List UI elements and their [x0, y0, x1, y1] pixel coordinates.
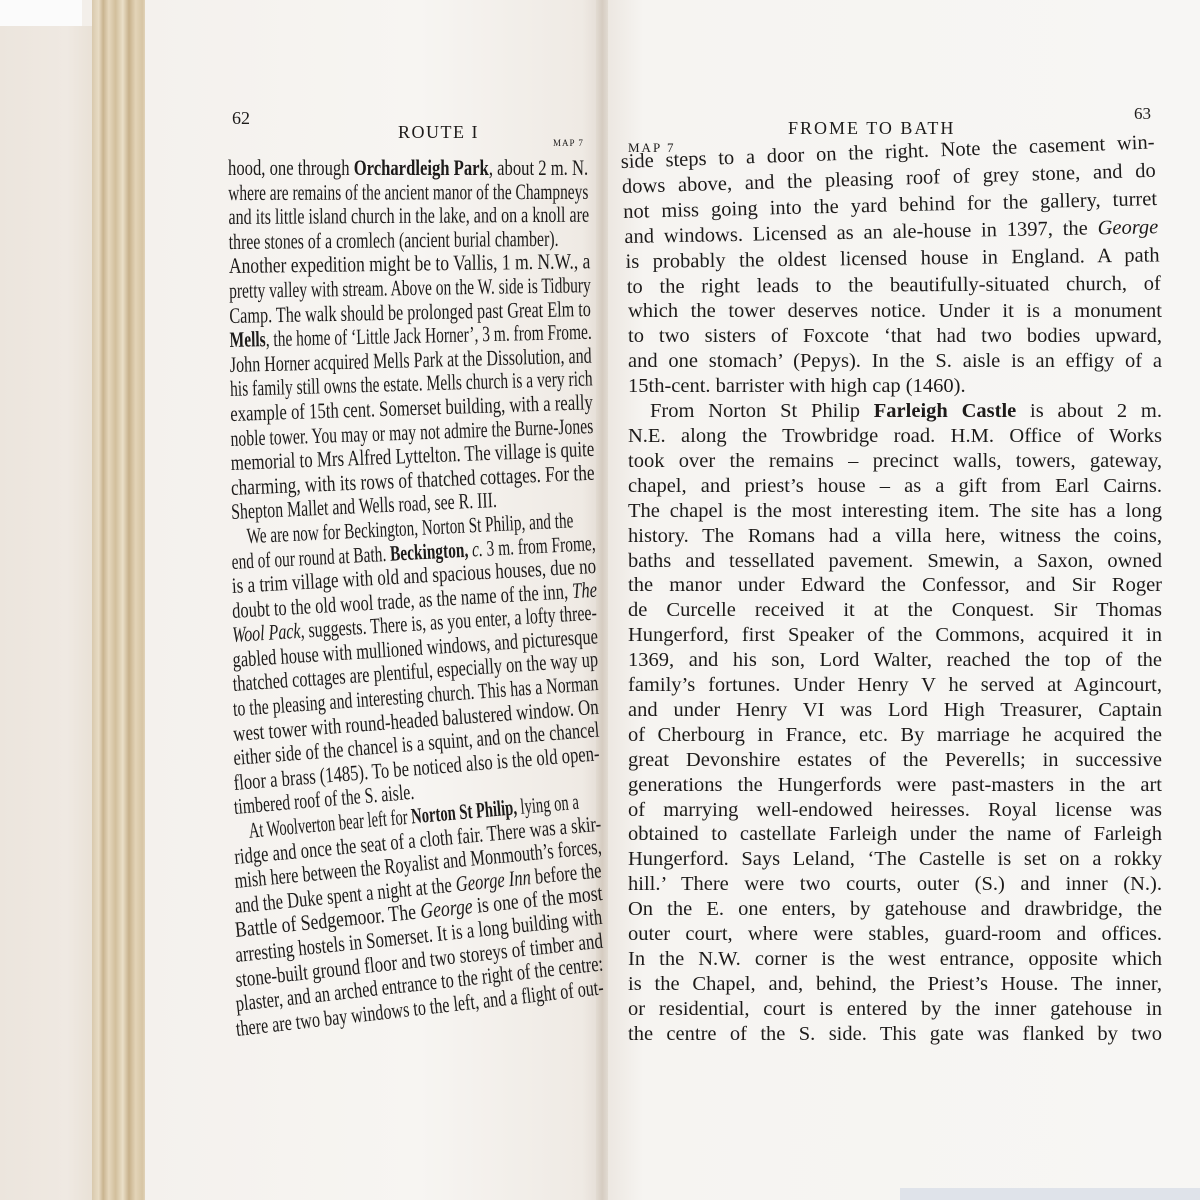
text-line: chapel, and priest’s house – as a gift f… [628, 474, 1162, 499]
page-edges [92, 0, 148, 1200]
text-line: took over the remains – precinct walls, … [628, 449, 1162, 474]
previous-page [0, 26, 96, 1200]
text-line: history. The Romans had a villa here, wi… [628, 524, 1162, 549]
background [900, 1188, 1200, 1200]
text-line: obtained to castellate Farleigh under th… [628, 822, 1162, 847]
background [0, 0, 82, 26]
text-line: and one stomach’ (Pepys). In the S. aisl… [628, 349, 1162, 374]
text-line: From Norton St Philip Farleigh Castle is… [628, 399, 1162, 424]
running-head: ROUTE I [398, 122, 479, 143]
text-line: Hungerford. Says Leland, ‘The Castelle i… [628, 847, 1162, 872]
text-line: de Curcelle received it at the Conquest.… [628, 598, 1162, 623]
text-line: outer court, where were stables, guard-r… [628, 922, 1162, 947]
page-number: 62 [232, 108, 250, 129]
text-line: family’s fortunes. Under Henry V he serv… [628, 673, 1162, 698]
page-number: 63 [1134, 104, 1151, 124]
text-line: the centre of the S. side. This gate was… [628, 1022, 1162, 1047]
right-page-body: side steps to a door on the right. Note … [628, 150, 1176, 1047]
text-line: of Cherbourg in France, etc. By marriage… [628, 723, 1162, 748]
text-line: N.E. along the Trowbridge road. H.M. Off… [628, 424, 1162, 449]
right-page-content: MAP 7 FROME TO BATH 63 side steps to a d… [628, 104, 1176, 1047]
text-line: or residential, court is entered by the … [628, 997, 1162, 1022]
left-page-body: hood, one through Orchardleigh Park, abo… [228, 156, 608, 1041]
text-line: The chapel is the most interesting item.… [628, 499, 1162, 524]
text-line: baths and tessellated pavement. Smewin, … [628, 549, 1162, 574]
text-line: generations the Hungerfords were past-ma… [628, 773, 1162, 798]
text-line: is the Chapel, and, behind, the Priest’s… [628, 972, 1162, 997]
text-line: and under Henry VI was Lord High Treasur… [628, 698, 1162, 723]
text-line: 1369, and his son, Lord Walter, reached … [628, 648, 1162, 673]
left-page-content: 62 ROUTE I MAP 7 hood, one through Orcha… [228, 108, 608, 1041]
text-line: where are remains of the ancient manor o… [228, 180, 494, 205]
text-line: of marrying well-endowed heiresses. Roya… [628, 798, 1162, 823]
text-line: the manor under Edward the Confessor, an… [628, 573, 1162, 598]
text-line: hill.’ There were two courts, outer (S.)… [628, 872, 1162, 897]
text-line: Hungerford, first Speaker of the Commons… [628, 623, 1162, 648]
text-line: to the right leads to the beautifully-si… [627, 271, 1161, 299]
text-line: to two sisters of Foxcote ‘that had two … [628, 324, 1162, 349]
text-line: which the tower deserves notice. Under i… [628, 299, 1162, 324]
left-page-header: 62 ROUTE I MAP 7 [228, 108, 608, 156]
text-line: 15th-cent. barrister with high cap (1460… [628, 374, 1162, 399]
map-reference: MAP 7 [553, 138, 584, 148]
text-line: In the N.W. corner is the west entrance,… [628, 947, 1162, 972]
text-line: On the E. one enters, by gatehouse and d… [628, 897, 1162, 922]
text-line: hood, one through Orchardleigh Park, abo… [228, 156, 515, 181]
running-head: FROME TO BATH [788, 118, 955, 139]
text-line: great Devonshire estates of the Peverell… [628, 748, 1162, 773]
